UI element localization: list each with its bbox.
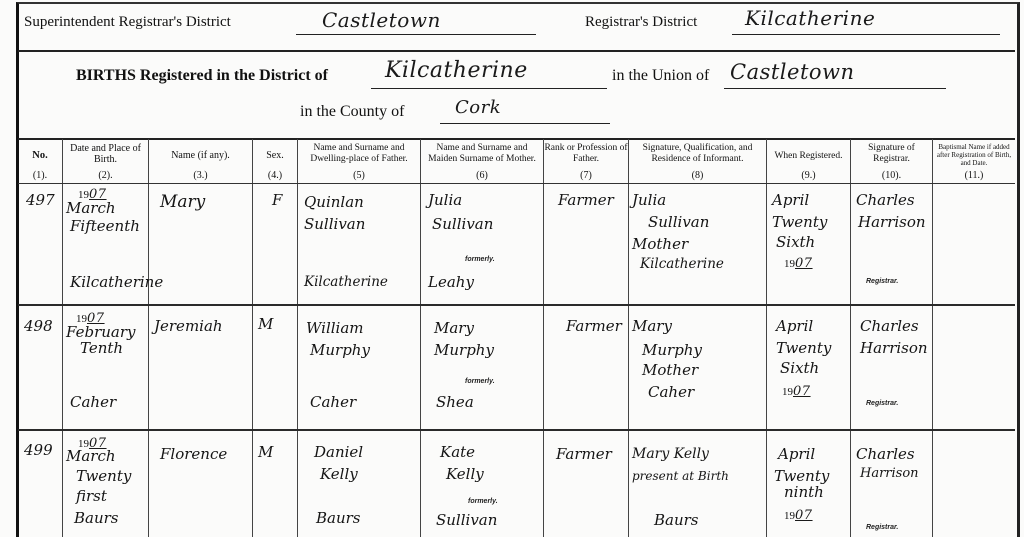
col-num-10: (10). bbox=[851, 170, 932, 181]
mother-surname: Murphy bbox=[434, 340, 494, 360]
superintendent-district-label: Superintendent Registrar's District bbox=[24, 14, 231, 31]
county-value: Cork bbox=[455, 97, 501, 118]
col-divider-1 bbox=[62, 139, 63, 537]
union-label: in the Union of bbox=[612, 67, 709, 85]
registered-year: 1907 bbox=[782, 380, 811, 399]
col-divider-4 bbox=[297, 139, 298, 537]
registered-year: 1907 bbox=[784, 504, 813, 523]
county-line bbox=[440, 123, 610, 124]
col-divider-8 bbox=[766, 139, 767, 537]
year-digits: 07 bbox=[795, 256, 813, 271]
informant-qualification: Mother bbox=[632, 234, 688, 254]
father-dwelling: Caher bbox=[310, 392, 356, 412]
birth-month: March bbox=[66, 446, 116, 466]
child-name: Florence bbox=[160, 444, 227, 464]
mother-maiden-name: Shea bbox=[436, 392, 474, 412]
births-district-line bbox=[371, 88, 607, 89]
superintendent-district-value: Castletown bbox=[322, 8, 441, 32]
registrar-first-name: Charles bbox=[856, 190, 915, 210]
header-bottom-border bbox=[18, 183, 1015, 184]
father-dwelling: Kilcatherine bbox=[304, 272, 388, 292]
county-label: in the County of bbox=[300, 103, 404, 121]
registered-day-1: Twenty bbox=[772, 212, 827, 232]
informant-qualification: Mother bbox=[642, 360, 698, 380]
formerly-caption: formerly. bbox=[465, 256, 495, 263]
child-sex: M bbox=[258, 442, 273, 462]
registrar-district-line bbox=[732, 34, 1000, 35]
entry-number: 497 bbox=[26, 190, 55, 210]
registered-month: April bbox=[776, 316, 813, 336]
col-num-11: (11.) bbox=[933, 170, 1015, 181]
row-divider bbox=[18, 304, 1015, 306]
registrar-district-label: Registrar's District bbox=[585, 14, 697, 31]
birth-day: Tenth bbox=[80, 338, 123, 358]
col-num-2: (2). bbox=[63, 170, 148, 181]
registered-day-1: Twenty bbox=[776, 338, 831, 358]
registrar-last-name: Harrison bbox=[860, 338, 928, 358]
father-first-name: William bbox=[306, 318, 364, 338]
row-divider bbox=[18, 429, 1015, 431]
birth-day: Twenty bbox=[76, 466, 131, 486]
entry-number: 499 bbox=[24, 440, 53, 460]
birth-place: Baurs bbox=[74, 508, 119, 528]
father-profession: Farmer bbox=[558, 190, 614, 210]
year-prefix: 19 bbox=[784, 510, 795, 522]
registered-day-2: ninth bbox=[784, 482, 824, 502]
father-profession: Farmer bbox=[556, 444, 612, 464]
year-digits: 07 bbox=[795, 508, 813, 523]
birth-day: Fifteenth bbox=[70, 216, 140, 236]
header-divider bbox=[18, 50, 1015, 52]
informant-residence: Baurs bbox=[654, 510, 699, 530]
col-num-7: (7) bbox=[544, 170, 628, 181]
informant-residence: Kilcatherine bbox=[640, 254, 724, 274]
col-num-3: (3.) bbox=[149, 170, 252, 181]
informant-residence: Caher bbox=[648, 382, 694, 402]
registrar-caption: Registrar. bbox=[866, 278, 898, 285]
formerly-caption: formerly. bbox=[465, 378, 495, 385]
year-digits: 07 bbox=[793, 384, 811, 399]
informant-name-2: Sullivan bbox=[648, 212, 709, 232]
registered-day-2: Sixth bbox=[776, 232, 815, 252]
informant-name-2: present at Birth bbox=[632, 466, 729, 486]
births-district-label: BIRTHS Registered in the District of bbox=[76, 67, 328, 85]
table-top-border bbox=[18, 138, 1015, 140]
births-label: BIRTHS Registered in the District of bbox=[76, 67, 328, 84]
col-num-1: (1). bbox=[18, 170, 62, 181]
year-prefix: 19 bbox=[782, 386, 793, 398]
child-name: Jeremiah bbox=[154, 316, 223, 336]
birth-place: Caher bbox=[70, 392, 116, 412]
informant-name-1: Mary bbox=[632, 316, 672, 336]
father-first-name: Quinlan bbox=[304, 192, 364, 212]
registrar-first-name: Charles bbox=[860, 316, 919, 336]
father-surname: Murphy bbox=[310, 340, 370, 360]
birth-place: Kilcatherine bbox=[70, 272, 163, 292]
mother-first-name: Julia bbox=[428, 190, 462, 210]
col-num-5: (5) bbox=[298, 170, 420, 181]
col-divider-7 bbox=[628, 139, 629, 537]
father-first-name: Daniel bbox=[314, 442, 363, 462]
mother-maiden-name: Leahy bbox=[428, 272, 474, 292]
col-num-4: (4.) bbox=[253, 170, 297, 181]
registrar-caption: Registrar. bbox=[866, 400, 898, 407]
father-surname: Sullivan bbox=[304, 214, 365, 234]
mother-surname: Sullivan bbox=[432, 214, 493, 234]
col-divider-10 bbox=[932, 139, 933, 537]
col-divider-3 bbox=[252, 139, 253, 537]
informant-name-1: Julia bbox=[632, 190, 666, 210]
child-name: Mary bbox=[160, 192, 205, 212]
registrar-caption: Registrar. bbox=[866, 524, 898, 531]
col-num-6: (6) bbox=[421, 170, 543, 181]
father-dwelling: Baurs bbox=[316, 508, 361, 528]
birth-register-page: Superintendent Registrar's District Cast… bbox=[0, 0, 1024, 537]
formerly-caption: formerly. bbox=[468, 498, 498, 505]
birth-month: March bbox=[66, 198, 116, 218]
registrar-last-name: Harrison bbox=[858, 212, 926, 232]
child-sex: M bbox=[258, 314, 273, 334]
col-divider-5 bbox=[420, 139, 421, 537]
registered-month: April bbox=[778, 444, 815, 464]
entry-number: 498 bbox=[24, 316, 53, 336]
year-prefix: 19 bbox=[784, 258, 795, 270]
superintendent-district-line bbox=[296, 34, 536, 35]
registered-month: April bbox=[772, 190, 809, 210]
father-profession: Farmer bbox=[566, 316, 622, 336]
registrar-district-value: Kilcatherine bbox=[745, 6, 875, 30]
mother-surname: Kelly bbox=[446, 464, 484, 484]
mother-first-name: Kate bbox=[440, 442, 475, 462]
child-sex: F bbox=[272, 190, 282, 210]
informant-name-1: Mary Kelly bbox=[632, 444, 709, 464]
registered-day-2: Sixth bbox=[780, 358, 819, 378]
col-divider-2 bbox=[148, 139, 149, 537]
union-value: Castletown bbox=[730, 60, 855, 84]
births-district-value: Kilcatherine bbox=[385, 58, 528, 83]
mother-maiden-name: Sullivan bbox=[436, 510, 497, 530]
mother-first-name: Mary bbox=[434, 318, 474, 338]
registrar-first-name: Charles bbox=[856, 444, 915, 464]
registered-year: 1907 bbox=[784, 252, 813, 271]
col-num-8: (8) bbox=[629, 170, 766, 181]
father-surname: Kelly bbox=[320, 464, 358, 484]
union-line bbox=[724, 88, 946, 89]
registrar-last-name: Harrison bbox=[860, 464, 919, 484]
informant-name-2: Murphy bbox=[642, 340, 702, 360]
col-divider-6 bbox=[543, 139, 544, 537]
col-divider-9 bbox=[850, 139, 851, 537]
birth-day-2: first bbox=[76, 486, 107, 506]
col-num-9: (9.) bbox=[767, 170, 850, 181]
